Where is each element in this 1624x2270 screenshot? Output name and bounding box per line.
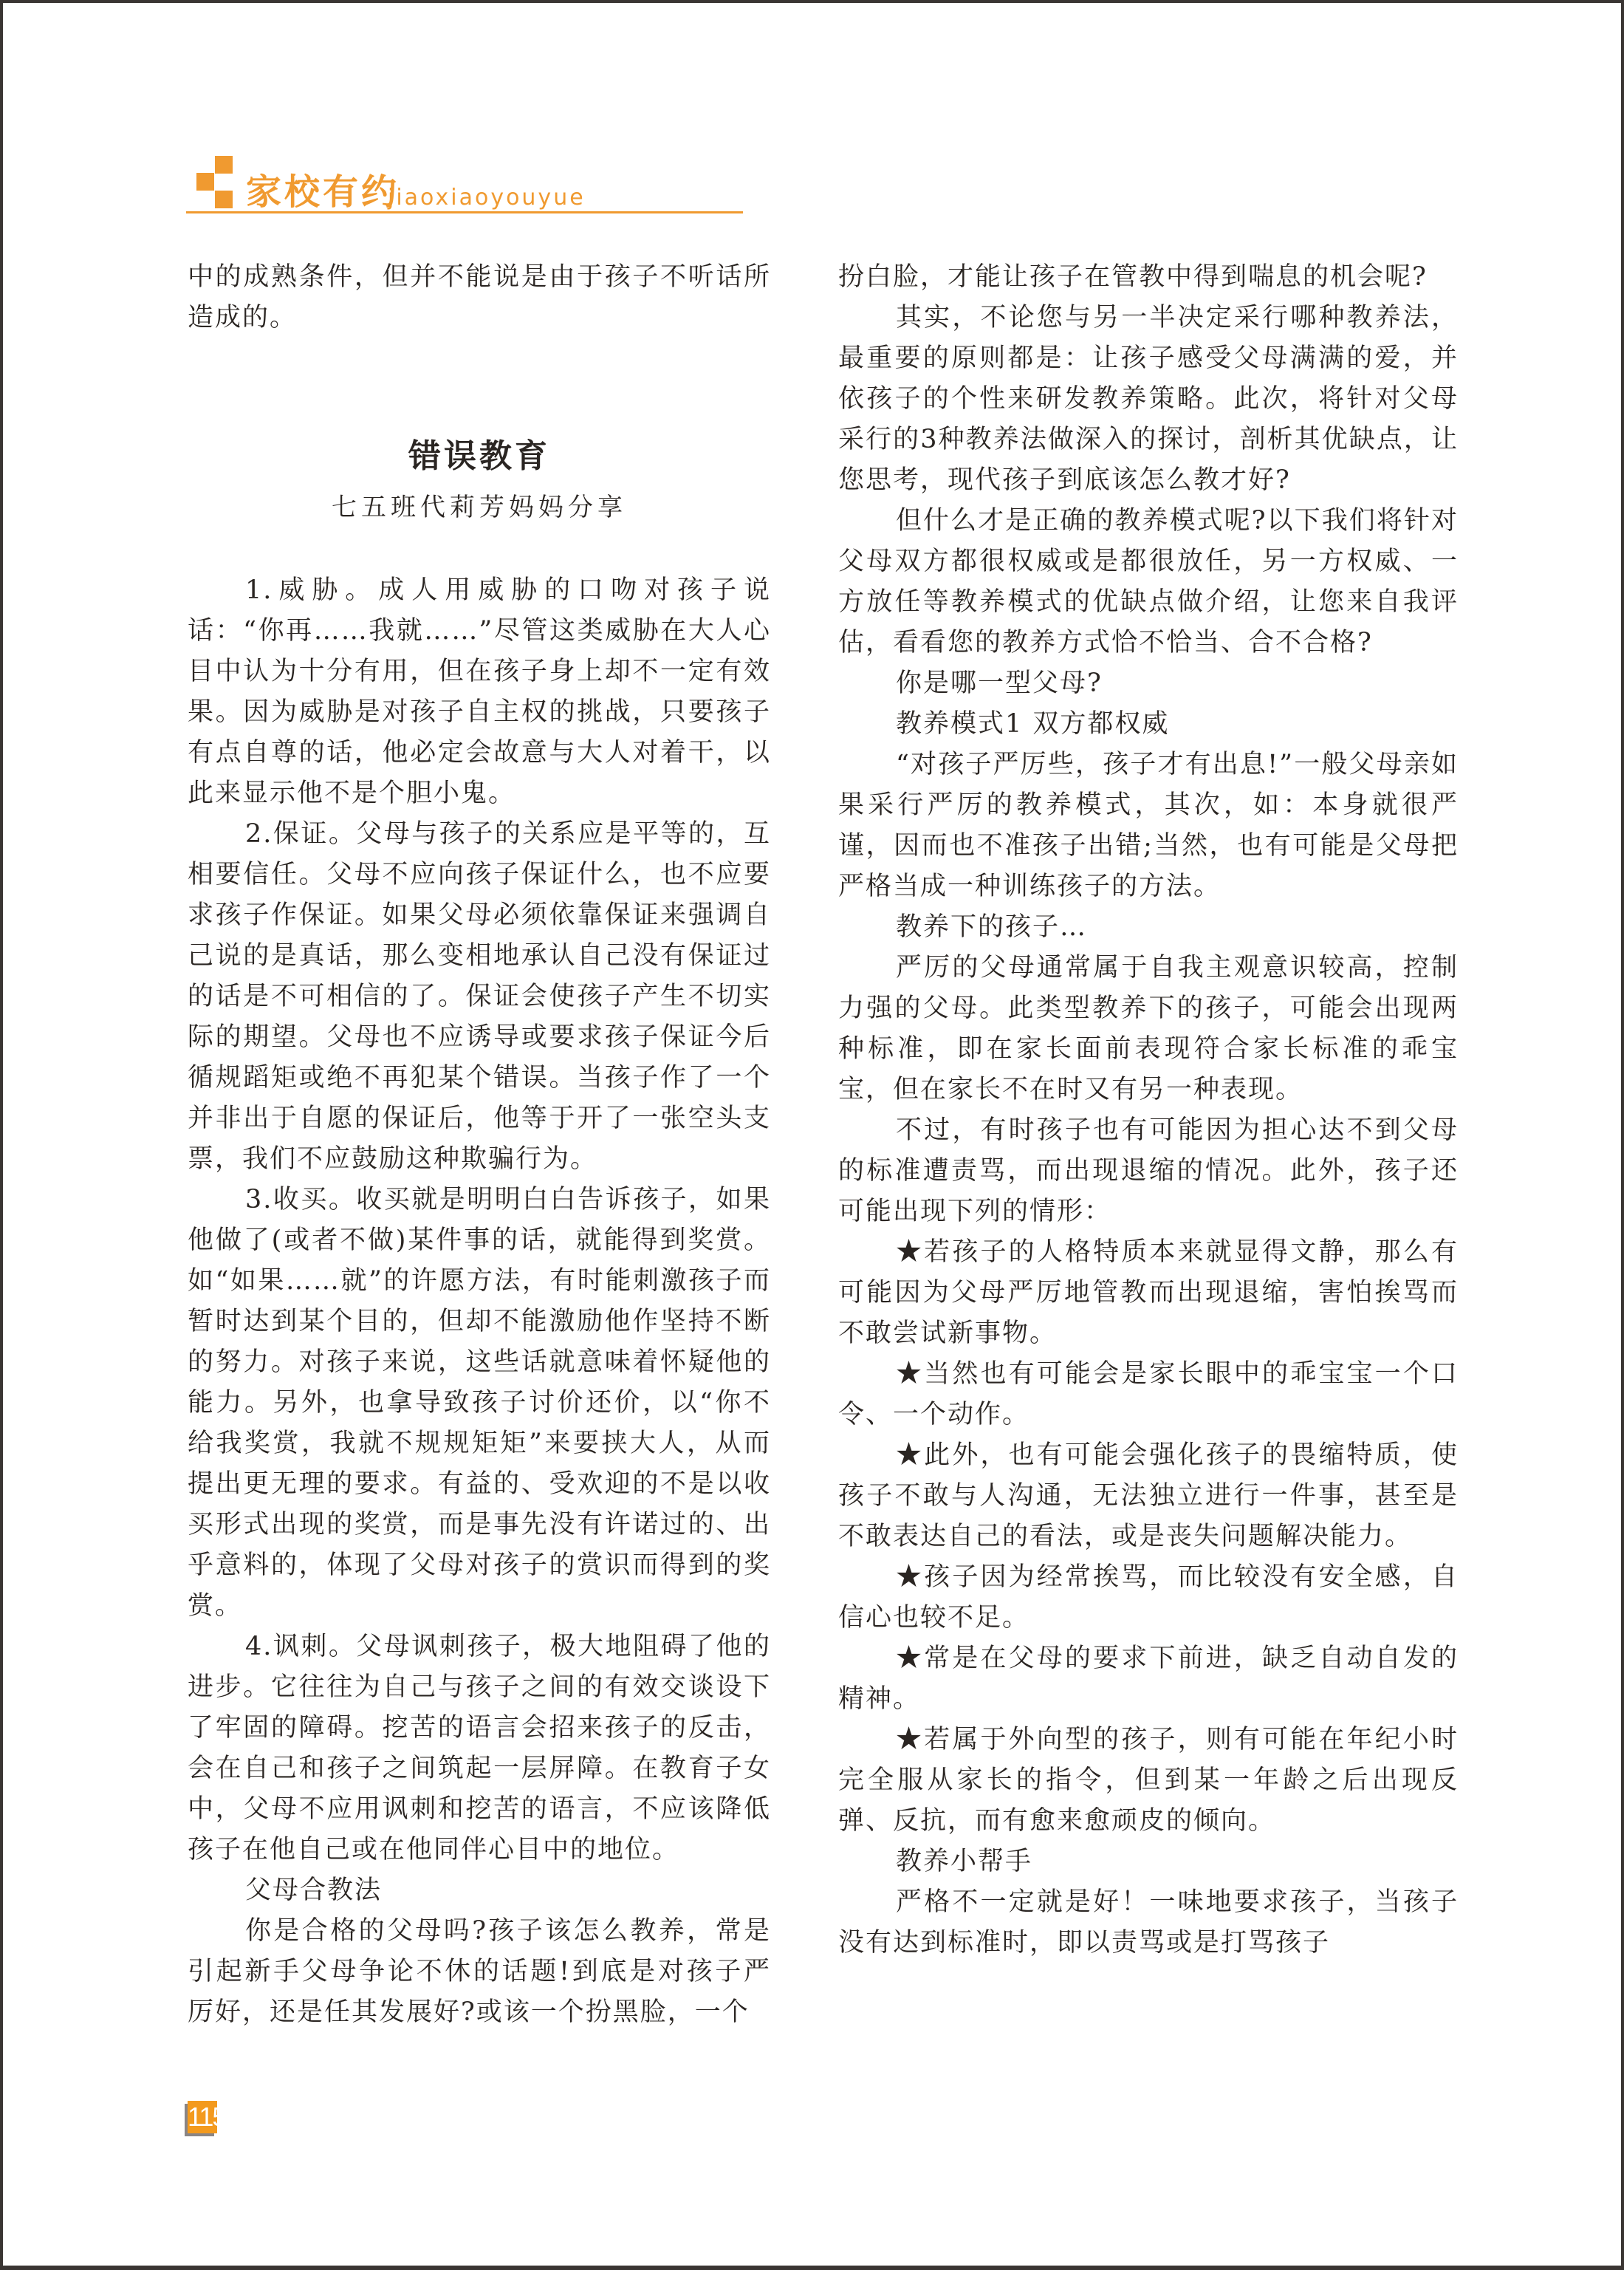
paragraph-strict-parents: 严厉的父母通常属于自我主观意识较高，控制力强的父母。此类型教养下的孩子，可能会出…	[838, 948, 1459, 1110]
bullet-item: ★若属于外向型的孩子，则有可能在年纪小时完全服从家长的指令，但到某一年龄之后出现…	[838, 1720, 1459, 1842]
paragraph-bribe: 3.收买。收买就是明明白白告诉孩子，如果他做了(或者不做)某件事的话，就能得到奖…	[188, 1180, 771, 1627]
paragraph-threat: 1.威胁。成人用威胁的口吻对孩子说话：“你再……我就……”尽管这类威胁在大人心目…	[188, 570, 771, 814]
paragraph-however: 不过，有时孩子也有可能因为担心达不到父母的标准遭责骂，而出现退缩的情况。此外，孩…	[838, 1110, 1459, 1232]
article-title: 错误教育	[188, 434, 771, 479]
bullet-item: ★常是在父母的要求下前进，缺乏自动自发的精神。	[838, 1638, 1459, 1720]
heading-mode-1: 教养模式1 双方都权威	[838, 704, 1459, 745]
paragraph-strict: “对孩子严厉些，孩子才有出息!”一般父母亲如果采行严厉的教养模式，其次，如：本身…	[838, 745, 1459, 907]
paragraph-sarcasm: 4.讽刺。父母讽刺孩子，极大地阻碍了他的进步。它往往为自己与孩子之间的有效交谈设…	[188, 1627, 771, 1870]
continuation-paragraph: 扮白脸，才能让孩子在管教中得到喘息的机会呢?	[838, 257, 1459, 298]
left-column: 中的成熟条件，但并不能说是由于孩子不听话所造成的。 错误教育 七五班代莉芳妈妈分…	[188, 257, 771, 2033]
bullet-item: ★若孩子的人格特质本来就显得文静，那么有可能因为父母严厉地管教而出现退缩，害怕挨…	[838, 1232, 1459, 1354]
header-divider	[186, 211, 743, 213]
paragraph-principle: 其实，不论您与另一半决定采行哪种教养法，最重要的原则都是：让孩子感受父母满满的爱…	[838, 298, 1459, 501]
paragraph-promise: 2.保证。父母与孩子的关系应是平等的，互相要信任。父母不应向孩子保证什么，也不应…	[188, 814, 771, 1180]
logo-square-top	[215, 156, 233, 174]
heading-helper: 教养小帮手	[838, 1842, 1459, 1882]
subheading-parents-method: 父母合教法	[188, 1870, 771, 1911]
heading-which-type: 你是哪一型父母?	[838, 663, 1459, 704]
page-number-badge: 115	[188, 2101, 217, 2133]
bullet-item: ★此外，也有可能会强化孩子的畏缩特质，使孩子不敢与人沟通，无法独立进行一件事，甚…	[838, 1435, 1459, 1557]
bullet-item: ★当然也有可能会是家长眼中的乖宝宝一个口令、一个动作。	[838, 1354, 1459, 1435]
logo-square-middle	[196, 173, 214, 191]
paragraph-correct-mode: 但什么才是正确的教养模式呢?以下我们将针对父母双方都很权威或是都很放任，另一方权…	[838, 501, 1459, 663]
logo-square-bottom	[215, 191, 233, 208]
section-title: 家校有约	[246, 171, 400, 213]
right-column: 扮白脸，才能让孩子在管教中得到喘息的机会呢? 其实，不论您与另一半决定采行哪种教…	[838, 257, 1459, 1963]
section-title-pinyin: jiaoxiaoyouyue	[388, 183, 586, 213]
heading-children-under: 教养下的孩子…	[838, 907, 1459, 948]
intro-paragraph: 中的成熟条件，但并不能说是由于孩子不听话所造成的。	[188, 257, 771, 338]
bullet-item: ★孩子因为经常挨骂，而比较没有安全感，自信心也较不足。	[838, 1557, 1459, 1638]
closing-paragraph: 你是合格的父母吗?孩子该怎么教养，常是引起新手父母争论不休的话题!到底是对孩子严…	[188, 1911, 771, 2033]
paragraph-strict-not-always-good: 严格不一定就是好！一味地要求孩子，当孩子没有达到标准时，即以责骂或是打骂孩子	[838, 1882, 1459, 1963]
article-byline: 七五班代莉芳妈妈分享	[188, 489, 771, 526]
